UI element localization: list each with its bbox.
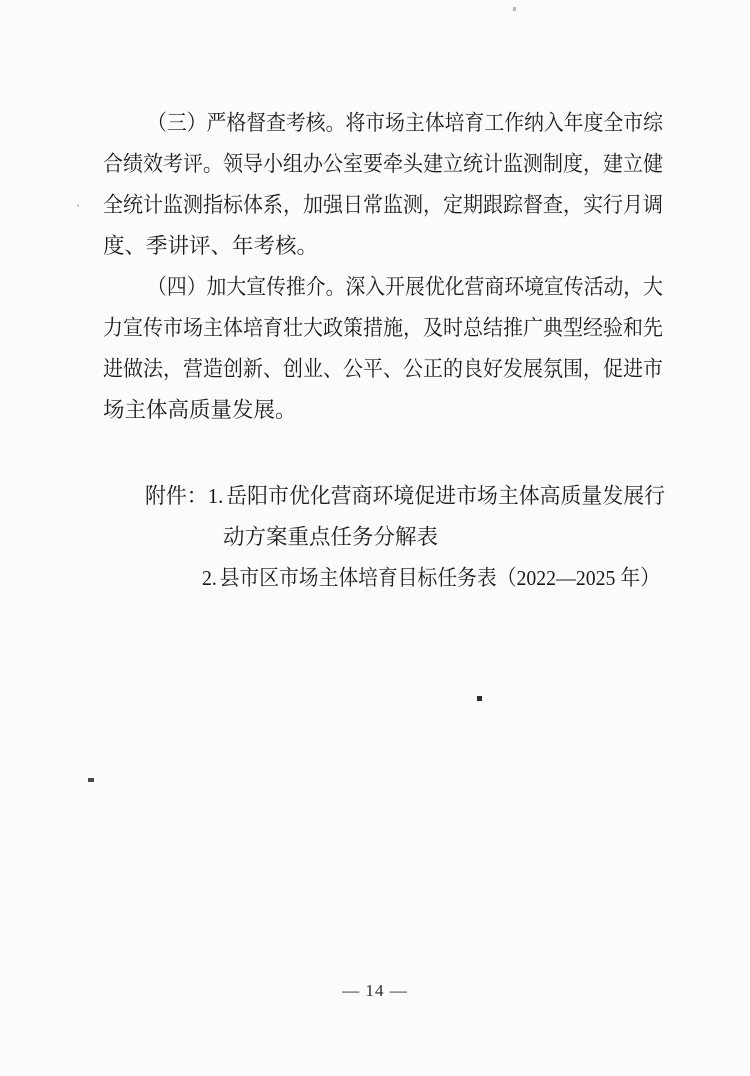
text-line: （三）严格督查考核。将市场主体培育工作纳入年度全市综 xyxy=(103,103,706,144)
scan-artifact-dot xyxy=(77,204,79,207)
attachment-label: 附件： xyxy=(145,484,208,508)
text-line: 合绩效考评。领导小组办公室要牵头建立统计监测制度，建立健 xyxy=(103,144,706,185)
para4-line-1: （四）加大宣传推介。深入开展优化营商环境宣传活动，大 xyxy=(147,267,663,308)
para4-line-2: 力宣传市场主体培育壮大政策措施，及时总结推广典型经验和先 xyxy=(103,308,663,349)
para4-line-4: 场主体高质量发展。 xyxy=(103,390,297,431)
text-line: 度、季讲评、年考核。 xyxy=(103,226,706,267)
text-line: 全统计监测指标体系，加强日常监测，定期跟踪督查，实行月调 xyxy=(103,185,706,226)
text-line: 进做法，营造创新、创业、公平、公正的良好发展氛围，促进市 xyxy=(103,349,706,390)
text-line: 力宣传市场主体培育壮大政策措施，及时总结推广典型经验和先 xyxy=(103,308,706,349)
para3-line-4: 度、季讲评、年考核。 xyxy=(103,226,318,267)
para3-line-3: 全统计监测指标体系，加强日常监测，定期跟踪督查，实行月调 xyxy=(103,185,663,226)
attachment-item-2-text: 县市区市场主体培育目标任务表（2022—2025 年） xyxy=(220,566,660,590)
attachment-item-1-text: 岳阳市优化营商环境促进市场主体高质量发展行 xyxy=(226,484,665,508)
attachment-item-2-number: 2. xyxy=(202,566,217,590)
para4-line-3: 进做法，营造创新、创业、公平、公正的良好发展氛围，促进市 xyxy=(103,349,663,390)
attachment-row: 2.县市区市场主体培育目标任务表（2022—2025 年） xyxy=(145,558,700,599)
attachment-item-1-line-2: 动方案重点任务分解表 xyxy=(223,517,438,558)
attachment-row: 附件：1.岳阳市优化营商环境促进市场主体高质量发展行 xyxy=(145,476,700,517)
scan-artifact-dot xyxy=(88,778,94,782)
scan-artifact-dot xyxy=(477,696,482,701)
scan-artifact-dot xyxy=(513,7,516,11)
attachment-row: 动方案重点任务分解表 xyxy=(145,517,700,558)
attachment-item-1-line-1: 附件：1.岳阳市优化营商环境促进市场主体高质量发展行 xyxy=(145,476,665,517)
paragraph-section-4: （四）加大宣传推介。深入开展优化营商环境宣传活动，大 力宣传市场主体培育壮大政策… xyxy=(103,267,706,431)
paragraph-section-3: （三）严格督查考核。将市场主体培育工作纳入年度全市综 合绩效考评。领导小组办公室… xyxy=(103,103,706,267)
para3-line-1: （三）严格督查考核。将市场主体培育工作纳入年度全市综 xyxy=(147,103,663,144)
attachment-item-1-number: 1. xyxy=(208,484,224,508)
text-line: 场主体高质量发展。 xyxy=(103,390,706,431)
attachment-list: 附件：1.岳阳市优化营商环境促进市场主体高质量发展行 动方案重点任务分解表 2.… xyxy=(145,476,700,599)
document-page: （三）严格督查考核。将市场主体培育工作纳入年度全市综 合绩效考评。领导小组办公室… xyxy=(0,0,750,1076)
para3-line-2: 合绩效考评。领导小组办公室要牵头建立统计监测制度，建立健 xyxy=(103,144,663,185)
attachment-item-2-line-1: 2.县市区市场主体培育目标任务表（2022—2025 年） xyxy=(202,558,660,599)
text-line: （四）加大宣传推介。深入开展优化营商环境宣传活动，大 xyxy=(103,267,706,308)
page-number: — 14 — xyxy=(0,981,750,1001)
